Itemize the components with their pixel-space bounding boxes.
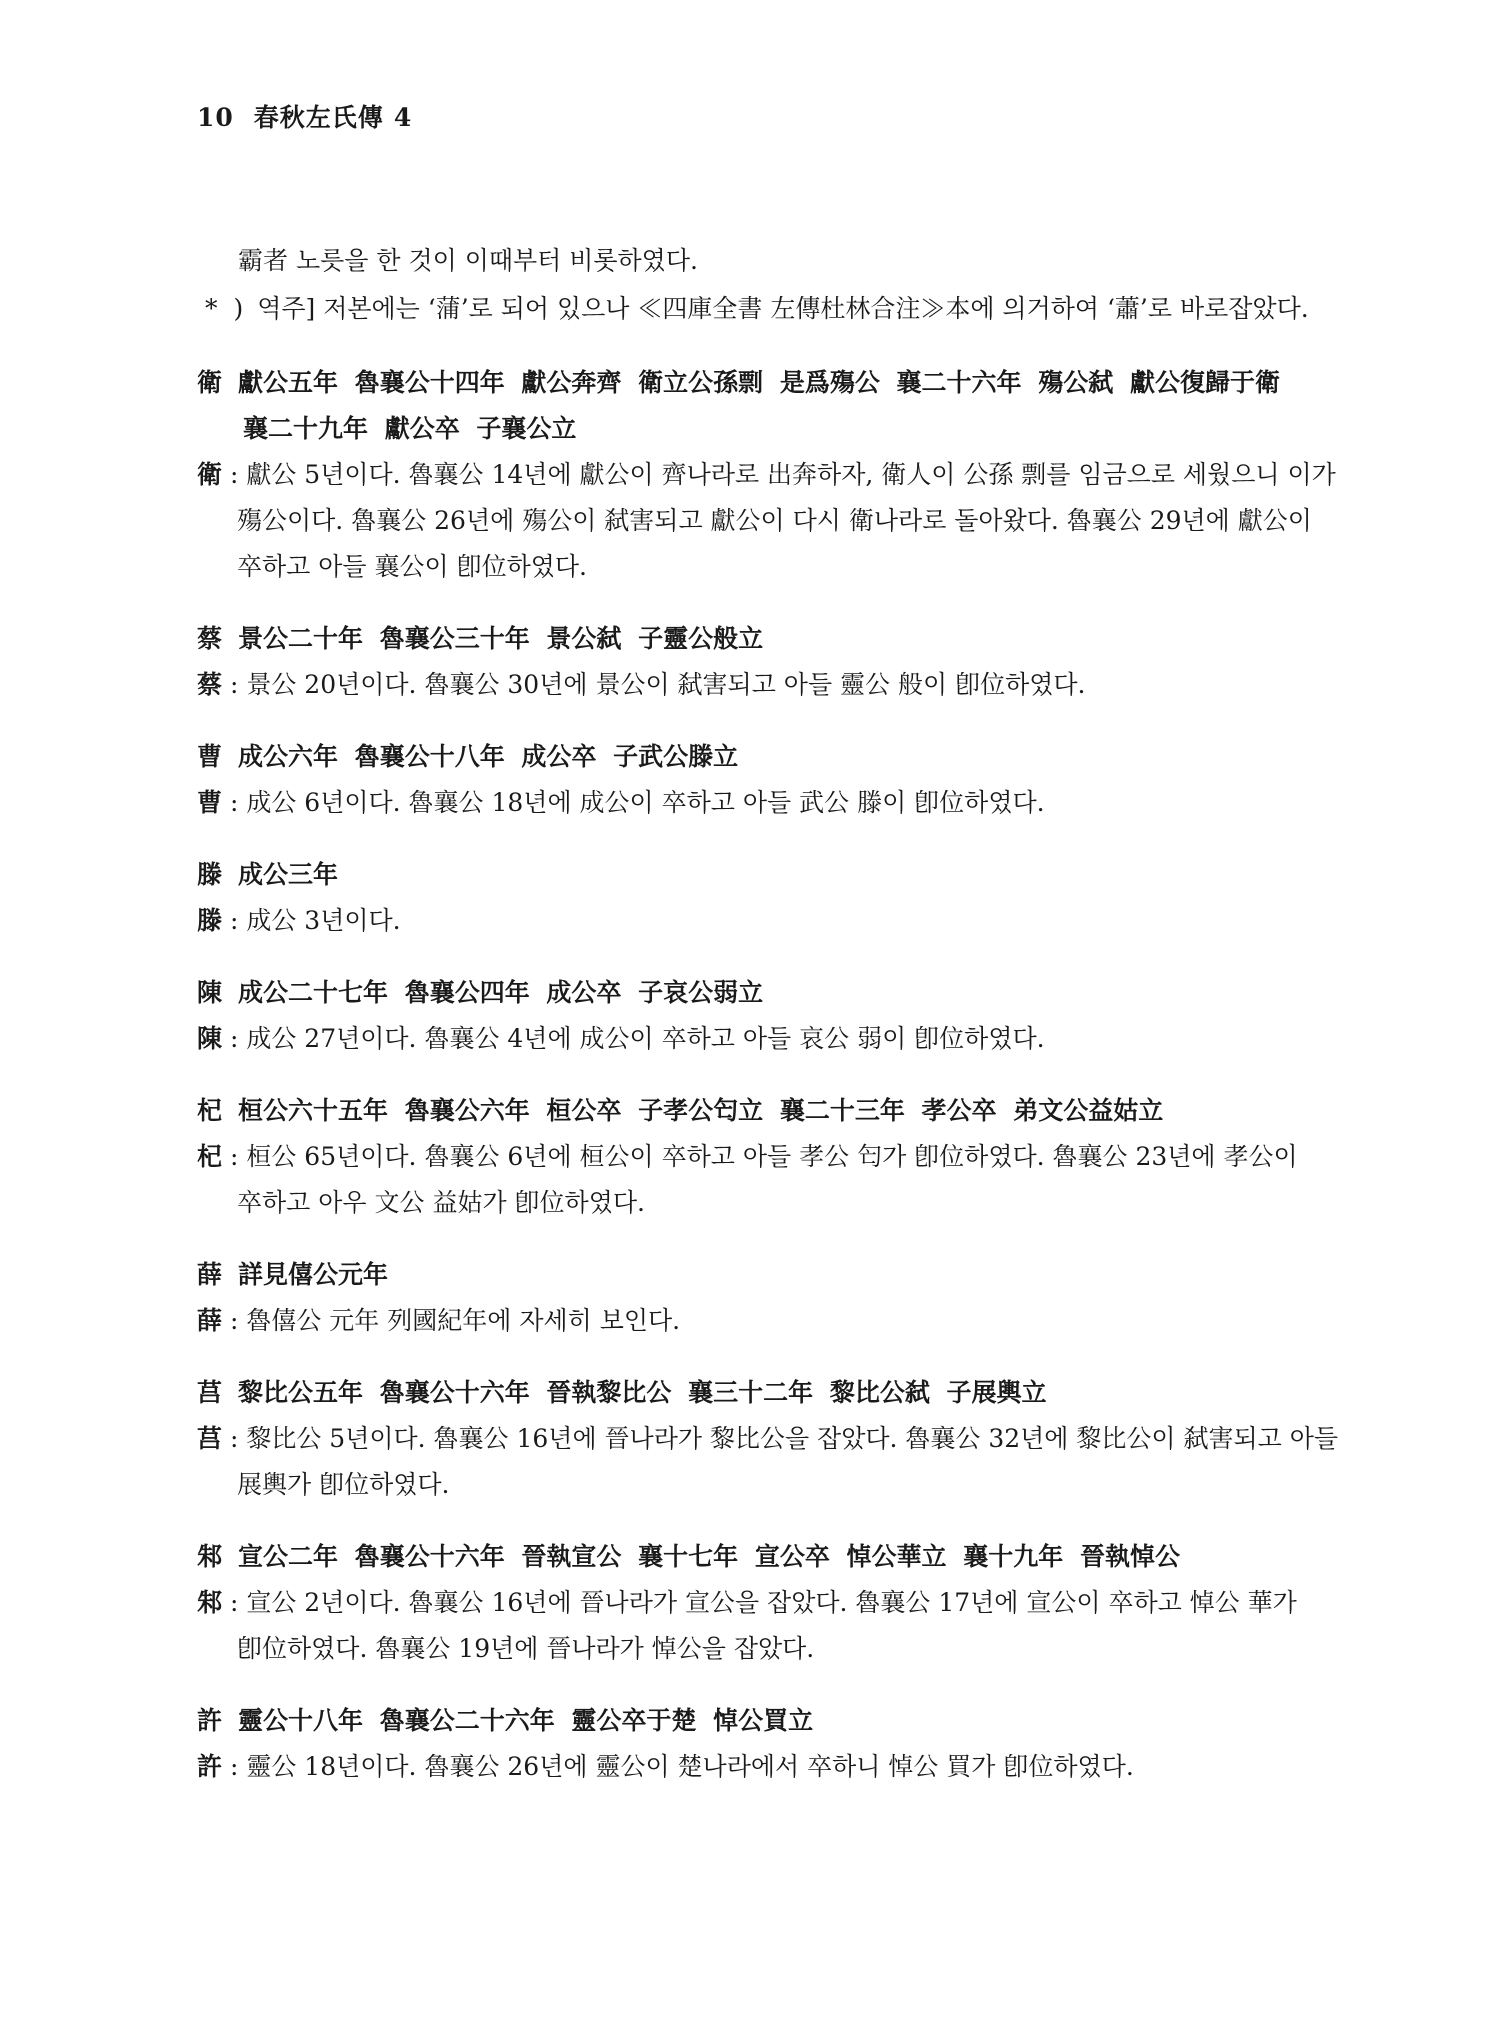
translation-line: 邾 : 宣公 2년이다. 魯襄公 16년에 晉나라가 宣公을 잡았다. 魯襄公 … xyxy=(197,1580,1347,1672)
state-label: 杞 xyxy=(197,1096,222,1125)
label-separator: : xyxy=(222,906,246,935)
state-label: 莒 xyxy=(197,1378,222,1407)
state-entry-ju: 邾宣公二年 魯襄公十六年 晉執宣公 襄十七年 宣公卒 悼公華立 襄十九年 晉執悼… xyxy=(197,1534,1347,1672)
hanmun-line: 衛獻公五年 魯襄公十四年 獻公奔齊 衛立公孫剽 是爲殤公 襄二十六年 殤公弑 獻… xyxy=(197,360,1347,452)
hanmun-text: 桓公六十五年 魯襄公六年 桓公卒 子孝公匄立 襄二十三年 孝公卒 弟文公益姑立 xyxy=(238,1096,1163,1125)
state-label: 衛 xyxy=(197,460,222,489)
translation-line: 莒 : 黎比公 5년이다. 魯襄公 16년에 晉나라가 黎比公을 잡았다. 魯襄… xyxy=(197,1416,1347,1508)
state-entry-teng: 滕成公三年 滕 : 成公 3년이다. xyxy=(197,852,1347,944)
state-entry-heo: 許靈公十八年 魯襄公二十六年 靈公卒于楚 悼公買立 許 : 靈公 18년이다. … xyxy=(197,1698,1347,1790)
hanmun-text: 景公二十年 魯襄公三十年 景公弑 子靈公般立 xyxy=(238,624,763,653)
state-label: 莒 xyxy=(197,1424,222,1453)
hanmun-text: 宣公二年 魯襄公十六年 晉執宣公 襄十七年 宣公卒 悼公華立 襄十九年 晉執悼公 xyxy=(238,1542,1180,1571)
label-separator: : xyxy=(222,788,246,817)
label-separator: : xyxy=(222,1306,246,1335)
hanmun-text: 成公二十七年 魯襄公四年 成公卒 子哀公弱立 xyxy=(238,978,763,1007)
hanmun-line: 陳成公二十七年 魯襄公四年 成公卒 子哀公弱立 xyxy=(197,970,1347,1016)
translation-line: 杞 : 桓公 65년이다. 魯襄公 6년에 桓公이 卒하고 아들 孝公 匄가 卽… xyxy=(197,1134,1347,1226)
state-label: 許 xyxy=(197,1752,222,1781)
label-separator: : xyxy=(222,1752,246,1781)
state-chronology-list: 衛獻公五年 魯襄公十四年 獻公奔齊 衛立公孫剽 是爲殤公 襄二十六年 殤公弑 獻… xyxy=(197,360,1347,1790)
state-label: 薛 xyxy=(197,1260,222,1289)
page-header: 10春秋左氏傳4 xyxy=(197,100,1347,136)
page-number: 10 xyxy=(197,103,234,132)
hanmun-text: 黎比公五年 魯襄公十六年 晉執黎比公 襄三十二年 黎比公弑 子展輿立 xyxy=(238,1378,1047,1407)
state-label: 蔡 xyxy=(197,670,222,699)
intro-paragraph: 霸者 노릇을 한 것이 이때부터 비롯하였다. xyxy=(197,238,1347,284)
hanmun-line: 許靈公十八年 魯襄公二十六年 靈公卒于楚 悼公買立 xyxy=(197,1698,1347,1744)
translation-text: 宣公 2년이다. 魯襄公 16년에 晉나라가 宣公을 잡았다. 魯襄公 17년에… xyxy=(237,1588,1297,1663)
hanmun-text: 成公三年 xyxy=(238,860,338,889)
state-label: 許 xyxy=(197,1706,222,1735)
state-label: 薛 xyxy=(197,1306,222,1335)
state-label: 杞 xyxy=(197,1142,222,1171)
translation-text: 景公 20년이다. 魯襄公 30년에 景公이 弑害되고 아들 靈公 般이 卽位하… xyxy=(246,670,1085,699)
hanmun-line: 滕成公三年 xyxy=(197,852,1347,898)
state-label: 邾 xyxy=(197,1542,222,1571)
volume-number: 4 xyxy=(394,103,412,132)
hanmun-text: 獻公五年 魯襄公十四年 獻公奔齊 衛立公孫剽 是爲殤公 襄二十六年 殤公弑 獻公… xyxy=(238,368,1280,443)
state-entry-gi: 杞桓公六十五年 魯襄公六年 桓公卒 子孝公匄立 襄二十三年 孝公卒 弟文公益姑立… xyxy=(197,1088,1347,1226)
hanmun-line: 薛詳見僖公元年 xyxy=(197,1252,1347,1298)
hanmun-text: 靈公十八年 魯襄公二十六年 靈公卒于楚 悼公買立 xyxy=(238,1706,813,1735)
hanmun-text: 成公六年 魯襄公十八年 成公卒 子武公滕立 xyxy=(238,742,738,771)
state-entry-seol: 薛詳見僖公元年 薛 : 魯僖公 元年 列國紀年에 자세히 보인다. xyxy=(197,1252,1347,1344)
state-entry-jin: 陳成公二十七年 魯襄公四年 成公卒 子哀公弱立 陳 : 成公 27년이다. 魯襄… xyxy=(197,970,1347,1062)
state-label: 邾 xyxy=(197,1588,222,1617)
hanmun-text: 詳見僖公元年 xyxy=(238,1260,388,1289)
state-entry-chae: 蔡景公二十年 魯襄公三十年 景公弑 子靈公般立 蔡 : 景公 20년이다. 魯襄… xyxy=(197,616,1347,708)
translation-text: 魯僖公 元年 列國紀年에 자세히 보인다. xyxy=(246,1306,680,1335)
label-separator: : xyxy=(222,1588,246,1617)
label-separator: : xyxy=(222,1424,246,1453)
label-separator: : xyxy=(222,1142,246,1171)
translation-line: 許 : 靈公 18년이다. 魯襄公 26년에 靈公이 楚나라에서 卒하니 悼公 … xyxy=(197,1744,1347,1790)
translation-line: 滕 : 成公 3년이다. xyxy=(197,898,1347,944)
translation-text: 靈公 18년이다. 魯襄公 26년에 靈公이 楚나라에서 卒하니 悼公 買가 卽… xyxy=(246,1752,1133,1781)
footnote-marker: * ) xyxy=(205,294,247,323)
hanmun-line: 莒黎比公五年 魯襄公十六年 晉執黎比公 襄三十二年 黎比公弑 子展輿立 xyxy=(197,1370,1347,1416)
translation-line: 曹 : 成公 6년이다. 魯襄公 18년에 成公이 卒하고 아들 武公 滕이 卽… xyxy=(197,780,1347,826)
translation-text: 成公 3년이다. xyxy=(246,906,400,935)
translation-text: 桓公 65년이다. 魯襄公 6년에 桓公이 卒하고 아들 孝公 匄가 卽位하였다… xyxy=(237,1142,1298,1217)
state-label: 陳 xyxy=(197,978,222,1007)
translation-text: 獻公 5년이다. 魯襄公 14년에 獻公이 齊나라로 出奔하자, 衛人이 公孫 … xyxy=(237,460,1336,581)
state-label: 滕 xyxy=(197,860,222,889)
label-separator: : xyxy=(222,670,246,699)
state-label: 曹 xyxy=(197,788,222,817)
label-separator: : xyxy=(222,460,246,489)
footnote-text: 역주] 저본에는 ‘蒲’로 되어 있으나 ≪四庫全書 左傳杜林合注≫本에 의거하… xyxy=(257,294,1308,323)
hanmun-line: 邾宣公二年 魯襄公十六年 晉執宣公 襄十七年 宣公卒 悼公華立 襄十九年 晉執悼… xyxy=(197,1534,1347,1580)
hanmun-line: 蔡景公二十年 魯襄公三十年 景公弑 子靈公般立 xyxy=(197,616,1347,662)
hanmun-line: 曹成公六年 魯襄公十八年 成公卒 子武公滕立 xyxy=(197,734,1347,780)
state-entry-wei: 衛獻公五年 魯襄公十四年 獻公奔齊 衛立公孫剽 是爲殤公 襄二十六年 殤公弑 獻… xyxy=(197,360,1347,590)
state-label: 滕 xyxy=(197,906,222,935)
book-page: 10春秋左氏傳4 霸者 노릇을 한 것이 이때부터 비롯하였다. * )역주] … xyxy=(0,0,1495,2023)
state-entry-geo: 莒黎比公五年 魯襄公十六年 晉執黎比公 襄三十二年 黎比公弑 子展輿立 莒 : … xyxy=(197,1370,1347,1508)
state-label: 衛 xyxy=(197,368,222,397)
state-label: 蔡 xyxy=(197,624,222,653)
translation-text: 成公 6년이다. 魯襄公 18년에 成公이 卒하고 아들 武公 滕이 卽位하였다… xyxy=(246,788,1044,817)
state-entry-cho: 曹成公六年 魯襄公十八年 成公卒 子武公滕立 曹 : 成公 6년이다. 魯襄公 … xyxy=(197,734,1347,826)
translation-line: 薛 : 魯僖公 元年 列國紀年에 자세히 보인다. xyxy=(197,1298,1347,1344)
translation-text: 成公 27년이다. 魯襄公 4년에 成公이 卒하고 아들 哀公 弱이 卽位하였다… xyxy=(246,1024,1044,1053)
translation-text: 黎比公 5년이다. 魯襄公 16년에 晉나라가 黎比公을 잡았다. 魯襄公 32… xyxy=(237,1424,1338,1499)
book-title: 春秋左氏傳 xyxy=(254,103,384,132)
translation-line: 衛 : 獻公 5년이다. 魯襄公 14년에 獻公이 齊나라로 出奔하자, 衛人이… xyxy=(197,452,1347,590)
translator-note: * )역주] 저본에는 ‘蒲’로 되어 있으나 ≪四庫全書 左傳杜林合注≫本에 … xyxy=(197,286,1347,332)
state-label: 陳 xyxy=(197,1024,222,1053)
state-label: 曹 xyxy=(197,742,222,771)
label-separator: : xyxy=(222,1024,246,1053)
hanmun-line: 杞桓公六十五年 魯襄公六年 桓公卒 子孝公匄立 襄二十三年 孝公卒 弟文公益姑立 xyxy=(197,1088,1347,1134)
translation-line: 蔡 : 景公 20년이다. 魯襄公 30년에 景公이 弑害되고 아들 靈公 般이… xyxy=(197,662,1347,708)
translation-line: 陳 : 成公 27년이다. 魯襄公 4년에 成公이 卒하고 아들 哀公 弱이 卽… xyxy=(197,1016,1347,1062)
